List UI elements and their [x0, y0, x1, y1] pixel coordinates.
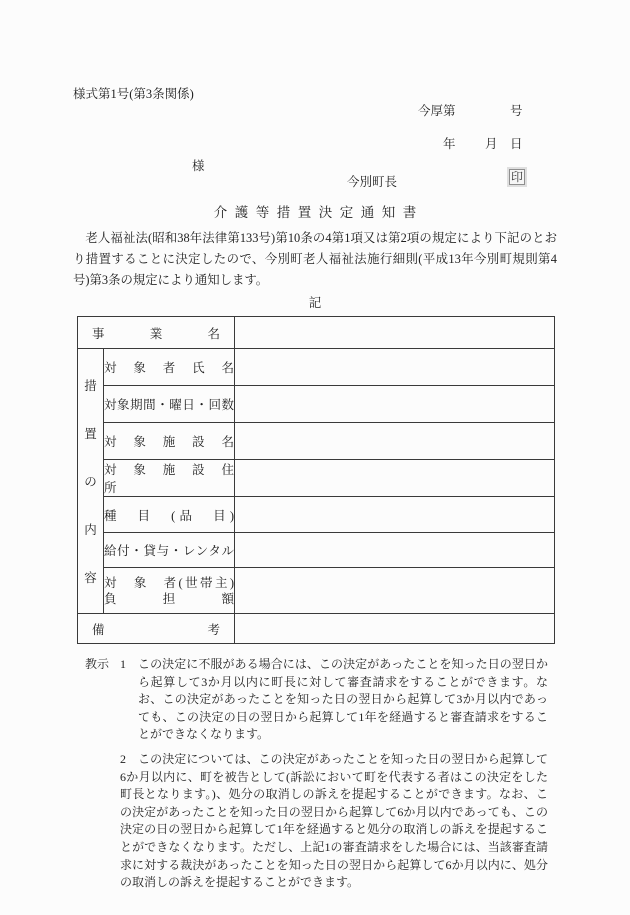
row-label-target-person-name: 対 象 者 氏 名 [104, 349, 235, 386]
table-row: 対象期間・曜日・回数 [78, 386, 555, 423]
target-period-value-cell [235, 386, 555, 423]
doc-number-prefix: 今厚第 [418, 101, 456, 119]
group-label-measure-contents: 措 置 の 内 容 [78, 349, 104, 614]
row-label-burden-amount: 対 象 者(世帯主) 負 担 額 [104, 568, 235, 614]
row-label-remarks: 備 考 [78, 614, 235, 644]
notice-item-1-text: この決定に不服がある場合には、この決定があったことを知った日の翌日から起算して3… [138, 657, 548, 741]
table-row: 事 業 名 [78, 317, 555, 349]
seal-stamp-icon: 印 [509, 169, 525, 185]
row-label-business-name: 事 業 名 [78, 317, 235, 349]
burden-amount-line1: 対 象 者(世帯主) [104, 575, 234, 591]
notice-item-1-number: 1 [120, 656, 138, 674]
burden-amount-value-cell [235, 568, 555, 614]
group-char: の [84, 472, 97, 490]
table-row: 種 目 (品 目) [78, 497, 555, 533]
notice-items: 1この決定に不服がある場合には、この決定があったことを知った日の翌日から起算して… [120, 656, 548, 892]
notice-section: 教示 1この決定に不服がある場合には、この決定があったことを知った日の翌日から起… [85, 656, 548, 892]
item-type-value-cell [235, 497, 555, 533]
notice-item-1: 1この決定に不服がある場合には、この決定があったことを知った日の翌日から起算して… [120, 656, 548, 744]
issuer-mayor: 今別町長 [347, 172, 397, 190]
addressee-honorific: 様 [192, 156, 205, 174]
table-row: 給付・貸与・レンタル [78, 533, 555, 568]
notice-section-label: 教示 [85, 656, 120, 892]
date-month-label: 月 [485, 134, 498, 152]
page-title: 介護等措置決定通知書 [0, 201, 630, 221]
notice-item-2: 2この決定については、この決定があったことを知った日の翌日から起算して6か月以内… [120, 751, 548, 892]
benefit-loan-rental-value-cell [235, 533, 555, 568]
form-number: 様式第1号(第3条関係) [73, 84, 194, 102]
row-label-item-type: 種 目 (品 目) [104, 497, 235, 533]
date-day-label: 日 [510, 134, 523, 152]
remarks-value-cell [235, 614, 555, 644]
table-row: 対 象 施 設 住 所 [78, 460, 555, 497]
row-label-target-facility-name: 対 象 施 設 名 [104, 423, 235, 460]
table-row: 対 象 者(世帯主) 負 担 額 [78, 568, 555, 614]
row-label-target-period: 対象期間・曜日・回数 [104, 386, 235, 423]
group-char: 措 [84, 376, 97, 394]
body-paragraph: 老人福祉法(昭和38年法律第133号)第10条の4第1項又は第2項の規定により下… [73, 228, 557, 291]
measures-table: 事 業 名 措 置 の 内 容 対 象 者 氏 名 対象期間・曜日・回数 対 象… [77, 316, 555, 644]
target-facility-name-value-cell [235, 423, 555, 460]
table-row: 備 考 [78, 614, 555, 644]
row-label-target-facility-address: 対 象 施 設 住 所 [104, 460, 235, 497]
date-year-label: 年 [443, 134, 456, 152]
table-row: 対 象 施 設 名 [78, 423, 555, 460]
notice-item-2-number: 2 [120, 751, 138, 769]
group-char: 内 [84, 520, 97, 538]
target-facility-address-value-cell [235, 460, 555, 497]
ki-marker: 記 [0, 293, 630, 311]
group-char: 容 [84, 568, 97, 586]
group-char: 置 [84, 424, 97, 442]
doc-number-suffix: 号 [510, 101, 523, 119]
notification-form-page: 様式第1号(第3条関係) 今厚第 号 年 月 日 様 今別町長 印 介護等措置決… [0, 0, 630, 915]
row-label-benefit-loan-rental: 給付・貸与・レンタル [104, 533, 235, 568]
business-name-value-cell [235, 317, 555, 349]
target-person-name-value-cell [235, 349, 555, 386]
table-row: 措 置 の 内 容 対 象 者 氏 名 [78, 349, 555, 386]
notice-item-2-text: この決定については、この決定があったことを知った日の翌日から起算して6か月以内に… [120, 752, 548, 889]
burden-amount-line2: 負 担 額 [104, 591, 234, 607]
